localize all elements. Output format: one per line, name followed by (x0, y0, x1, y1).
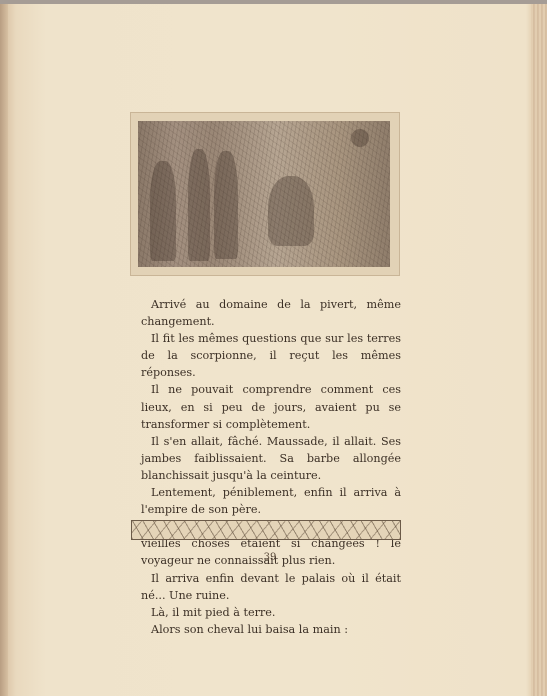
body-text: Arrivé au domaine de la pivert, même cha… (141, 296, 401, 638)
paragraph: Là, il mit pied à terre. (141, 604, 401, 621)
spine-shadow (0, 4, 8, 696)
paragraph: Il fit les mêmes questions que sur les t… (141, 330, 401, 381)
paragraph: Arrivé au domaine de la pivert, même cha… (141, 296, 401, 330)
paragraph: Lentement, péniblement, enfin il arriva … (141, 484, 401, 518)
figure-left (150, 161, 176, 261)
paragraph: Il s'en allait, fâché. Maussade, il alla… (141, 433, 401, 484)
figure-center (188, 149, 210, 261)
paragraph: Alors son cheval lui baisa la main : (141, 621, 401, 638)
figure-veiled (214, 151, 238, 259)
paragraph: Il ne pouvait comprendre comment ces lie… (141, 381, 401, 432)
seated-old-man (268, 176, 314, 246)
floral-ornament-band (131, 520, 401, 540)
paragraph: Il arriva enfin devant le palais où il é… (141, 570, 401, 604)
page-number: 39 (255, 552, 285, 563)
round-window (351, 129, 369, 147)
page-edges (531, 4, 547, 696)
illustration (138, 121, 390, 267)
